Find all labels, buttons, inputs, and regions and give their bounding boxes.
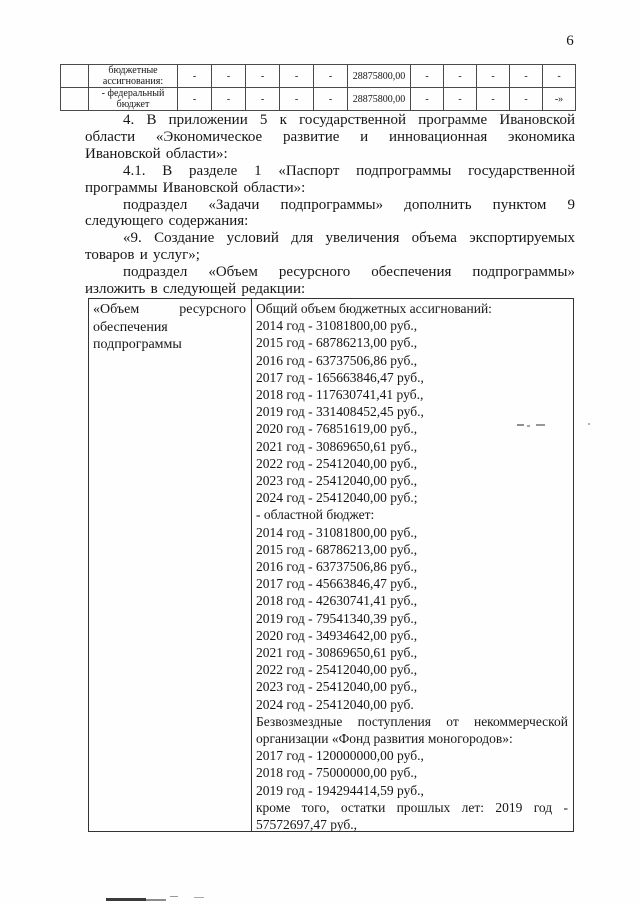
table-cell: - — [280, 65, 314, 88]
table-cell: 28875800,00 — [348, 88, 411, 111]
table-cell: - — [411, 65, 444, 88]
table-cell: - — [246, 88, 280, 111]
budget-line: - областной бюджет: — [256, 506, 568, 523]
table-cell: - — [178, 88, 212, 111]
table-cell: - — [444, 88, 477, 111]
table-cell: - — [314, 88, 348, 111]
paragraph: 4.1. В разделе 1 «Паспорт подпрограммы г… — [85, 163, 575, 197]
budget-line: 2022 год - 25412040,00 руб., — [256, 661, 568, 678]
table-cell-parameter-value: Общий объем бюджетных ассигнований:2014 … — [252, 299, 573, 831]
table-cell: - — [212, 88, 246, 111]
budget-line: 2023 год - 25412040,00 руб., — [256, 678, 568, 695]
table-cell-parameter-name: «Объем ресурсного обеспечения подпрограм… — [89, 299, 252, 831]
scan-artifact-dot — [588, 423, 590, 425]
budget-line: 2018 год - 117630741,41 руб., — [256, 386, 568, 403]
table-cell: - — [510, 88, 543, 111]
table-cell — [61, 65, 89, 88]
table-cell: - — [212, 65, 246, 88]
table-cell: - — [280, 88, 314, 111]
table-cell: - — [411, 88, 444, 111]
scan-artifact-dash — [536, 424, 545, 426]
page-number: 6 — [560, 33, 580, 50]
budget-line: 2015 год - 68786213,00 руб., — [256, 541, 568, 558]
budget-allocations-table: бюджетные ассигнования:-----28875800,00-… — [60, 64, 576, 111]
budget-line: 2017 год - 165663846,47 руб., — [256, 369, 568, 386]
budget-line: 2024 год - 25412040,00 руб.; — [256, 489, 568, 506]
budget-line: кроме того, остатки прошлых лет: 2019 го… — [256, 799, 568, 831]
budget-line: 2016 год - 63737506,86 руб., — [256, 558, 568, 575]
budget-line: 2021 год - 30869650,61 руб., — [256, 438, 568, 455]
table-row-federal-budget: - федеральный бюджет-----28875800,00----… — [61, 88, 576, 111]
budget-line: 2019 год - 79541340,39 руб., — [256, 610, 568, 627]
budget-line: 2020 год - 34934642,00 руб., — [256, 627, 568, 644]
document-page: 6 бюджетные ассигнования:-----28875800,0… — [0, 0, 640, 905]
scan-artifact-line — [170, 896, 178, 897]
table-cell: - — [477, 88, 510, 111]
budget-line: 2014 год - 31081800,00 руб., — [256, 524, 568, 541]
table-cell: 28875800,00 — [348, 65, 411, 88]
budget-line: 2018 год - 75000000,00 руб., — [256, 764, 568, 781]
paragraph: 4. В приложении 5 к государственной прог… — [85, 112, 575, 163]
budget-line: Безвозмездные поступления от некоммерчес… — [256, 713, 568, 747]
table-cell: - — [477, 65, 510, 88]
scan-artifact-dash — [517, 424, 524, 426]
table-cell: - — [510, 65, 543, 88]
paragraph: «9. Создание условий для увеличения объе… — [85, 230, 575, 264]
table-row-budget-allocations: бюджетные ассигнования:-----28875800,00-… — [61, 65, 576, 88]
budget-line: 2019 год - 194294414,59 руб., — [256, 782, 568, 799]
table-cell: - федеральный бюджет — [89, 88, 178, 111]
budget-line: 2024 год - 25412040,00 руб. — [256, 696, 568, 713]
budget-line: 2016 год - 63737506,86 руб., — [256, 352, 568, 369]
budget-line: 2018 год - 42630741,41 руб., — [256, 592, 568, 609]
budget-line: 2022 год - 25412040,00 руб., — [256, 455, 568, 472]
budget-line: 2019 год - 331408452,45 руб., — [256, 403, 568, 420]
table-cell: - — [543, 65, 576, 88]
table-cell — [61, 88, 89, 111]
paragraph: подраздел «Объем ресурсного обеспечения … — [85, 264, 575, 298]
table-cell: бюджетные ассигнования: — [89, 65, 178, 88]
table-cell: - — [178, 65, 212, 88]
budget-line: 2020 год - 76851619,00 руб., — [256, 420, 568, 437]
scan-artifact-line — [106, 898, 146, 901]
scan-artifact-line — [146, 899, 166, 901]
table-cell: -» — [543, 88, 576, 111]
budget-line: Общий объем бюджетных ассигнований: — [256, 300, 568, 317]
paragraph: подраздел «Задачи подпрограммы» дополнит… — [85, 197, 575, 231]
budget-line: 2021 год - 30869650,61 руб., — [256, 644, 568, 661]
amendment-text-block: 4. В приложении 5 к государственной прог… — [85, 112, 575, 298]
budget-line: 2017 год - 45663846,47 руб., — [256, 575, 568, 592]
budget-line: 2023 год - 25412040,00 руб., — [256, 472, 568, 489]
budget-line: 2017 год - 120000000,00 руб., — [256, 747, 568, 764]
table-cell: - — [444, 65, 477, 88]
budget-line: 2014 год - 31081800,00 руб., — [256, 317, 568, 334]
table-cell: - — [246, 65, 280, 88]
scan-artifact-line — [194, 897, 204, 898]
scan-artifact-dash — [527, 425, 530, 427]
budget-line: 2015 год - 68786213,00 руб., — [256, 334, 568, 351]
resource-provision-table: «Объем ресурсного обеспечения подпрограм… — [88, 298, 574, 832]
table-cell: - — [314, 65, 348, 88]
